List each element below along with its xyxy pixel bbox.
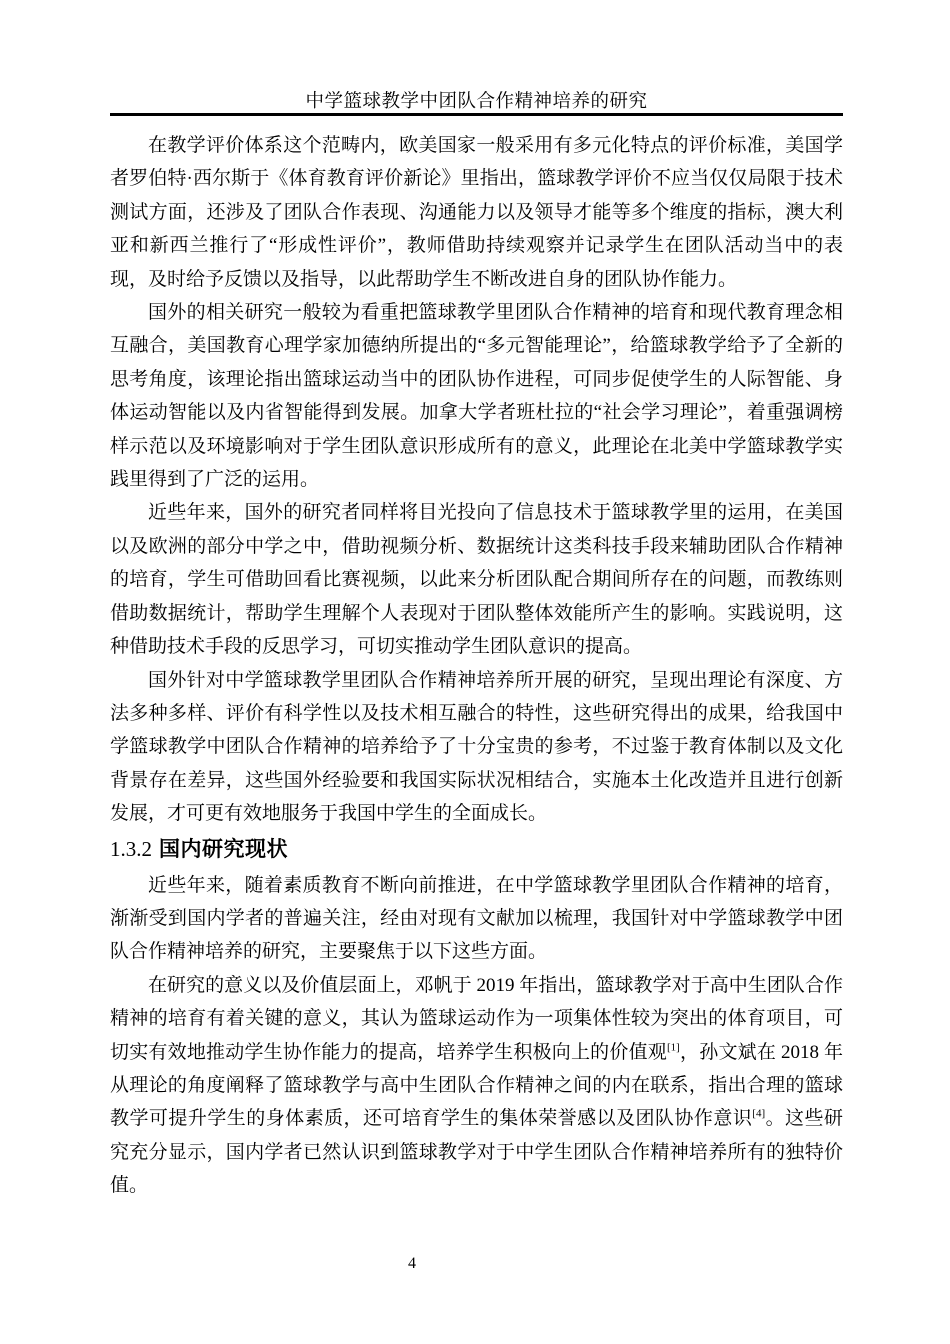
document-body: 在教学评价体系这个范畴内，欧美国家一般采用有多元化特点的评价标准，美国学者罗伯特… — [110, 129, 843, 1203]
paragraph-foreign-theories: 国外的相关研究一般较为看重把篮球教学里团队合作精神的培育和现代教育理念相互融合，… — [110, 296, 843, 496]
header-rule — [110, 113, 843, 116]
citation-1-superscript: [1] — [667, 1041, 680, 1053]
paragraph-domestic-intro: 近些年来，随着素质教育不断向前推进，在中学篮球教学里团队合作精神的培育，渐渐受到… — [110, 869, 843, 969]
paragraph-foreign-evaluation: 在教学评价体系这个范畴内，欧美国家一般采用有多元化特点的评价标准，美国学者罗伯特… — [110, 129, 843, 296]
paragraph-foreign-summary: 国外针对中学篮球教学里团队合作精神培养所开展的研究，呈现出理论有深度、方法多种多… — [110, 664, 843, 831]
paragraph-domestic-research: 在研究的意义以及价值层面上，邓帆于 2019 年指出，篮球教学对于高中生团队合作… — [110, 969, 843, 1203]
running-head-title: 中学篮球教学中团队合作精神培养的研究 — [110, 87, 843, 113]
page-number: 4 — [0, 1255, 824, 1273]
document-page: 中学篮球教学中团队合作精神培养的研究 在教学评价体系这个范畴内，欧美国家一般采用… — [0, 0, 950, 1344]
section-heading-132: 1.3.2国内研究现状 — [110, 832, 843, 867]
citation-4-superscript: [4] — [752, 1108, 765, 1120]
section-number: 1.3.2 — [110, 837, 152, 861]
section-title: 国内研究现状 — [159, 838, 288, 861]
paragraph-information-technology: 近些年来，国外的研究者同样将目光投向了信息技术于篮球教学里的运用，在美国以及欧洲… — [110, 496, 843, 663]
